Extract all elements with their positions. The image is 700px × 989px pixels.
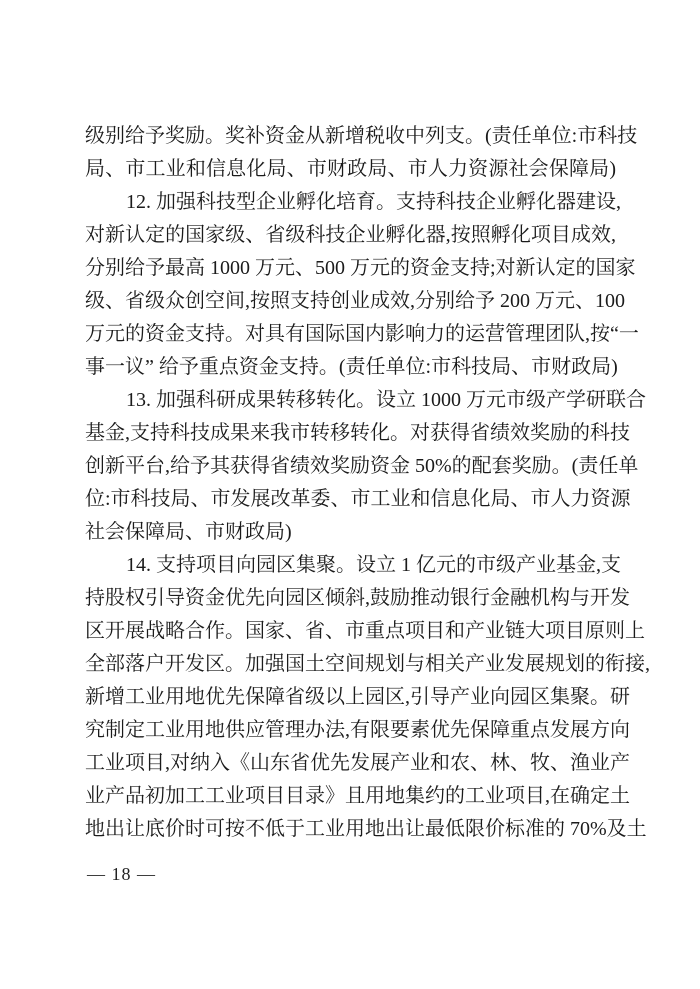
text-line: 业产品初加工工业项目目录》且用地集约的工业项目,在确定土 xyxy=(85,780,616,813)
body-text: 级别给予奖励。奖补资金从新增税收中列支。(责任单位:市科技局、市工业和信息化局、… xyxy=(85,120,616,846)
page-number-footer: — 18 — xyxy=(87,862,156,886)
text-line: 地出让底价时可按不低于工业用地出让最低限价标准的 70%及土 xyxy=(85,813,616,846)
text-line: 新增工业用地优先保障省级以上园区,引导产业向园区集聚。研 xyxy=(85,681,616,714)
text-line: 创新平台,给予其获得省绩效奖励资金 50%的配套奖励。(责任单 xyxy=(85,450,616,483)
text-line: 事一议” 给予重点资金支持。(责任单位:市科技局、市财政局) xyxy=(85,351,616,384)
text-line: 级别给予奖励。奖补资金从新增税收中列支。(责任单位:市科技 xyxy=(85,120,616,153)
text-line: 基金,支持科技成果来我市转移转化。对获得省绩效奖励的科技 xyxy=(85,417,616,450)
text-line: 社会保障局、市财政局) xyxy=(85,516,616,549)
text-line: 工业项目,对纳入《山东省优先发展产业和农、林、牧、渔业产 xyxy=(85,747,616,780)
text-line: 13. 加强科研成果转移转化。设立 1000 万元市级产学研联合 xyxy=(85,384,616,417)
text-line: 究制定工业用地供应管理办法,有限要素优先保障重点发展方向 xyxy=(85,714,616,747)
text-line: 全部落户开发区。加强国土空间规划与相关产业发展规划的衔接, xyxy=(85,648,616,681)
text-line: 持股权引导资金优先向园区倾斜,鼓励推动银行金融机构与开发 xyxy=(85,582,616,615)
text-line: 位:市科技局、市发展改革委、市工业和信息化局、市人力资源 xyxy=(85,483,616,516)
text-line: 级、省级众创空间,按照支持创业成效,分别给予 200 万元、100 xyxy=(85,285,616,318)
text-line: 局、市工业和信息化局、市财政局、市人力资源社会保障局) xyxy=(85,153,616,186)
text-line: 区开展战略合作。国家、省、市重点项目和产业链大项目原则上 xyxy=(85,615,616,648)
text-line: 对新认定的国家级、省级科技企业孵化器,按照孵化项目成效, xyxy=(85,219,616,252)
document-page: 级别给予奖励。奖补资金从新增税收中列支。(责任单位:市科技局、市工业和信息化局、… xyxy=(0,0,700,989)
text-line: 14. 支持项目向园区集聚。设立 1 亿元的市级产业基金,支 xyxy=(85,549,616,582)
text-line: 万元的资金支持。对具有国际国内影响力的运营管理团队,按“一 xyxy=(85,318,616,351)
text-line: 分别给予最高 1000 万元、500 万元的资金支持;对新认定的国家 xyxy=(85,252,616,285)
text-line: 12. 加强科技型企业孵化培育。支持科技企业孵化器建设, xyxy=(85,186,616,219)
